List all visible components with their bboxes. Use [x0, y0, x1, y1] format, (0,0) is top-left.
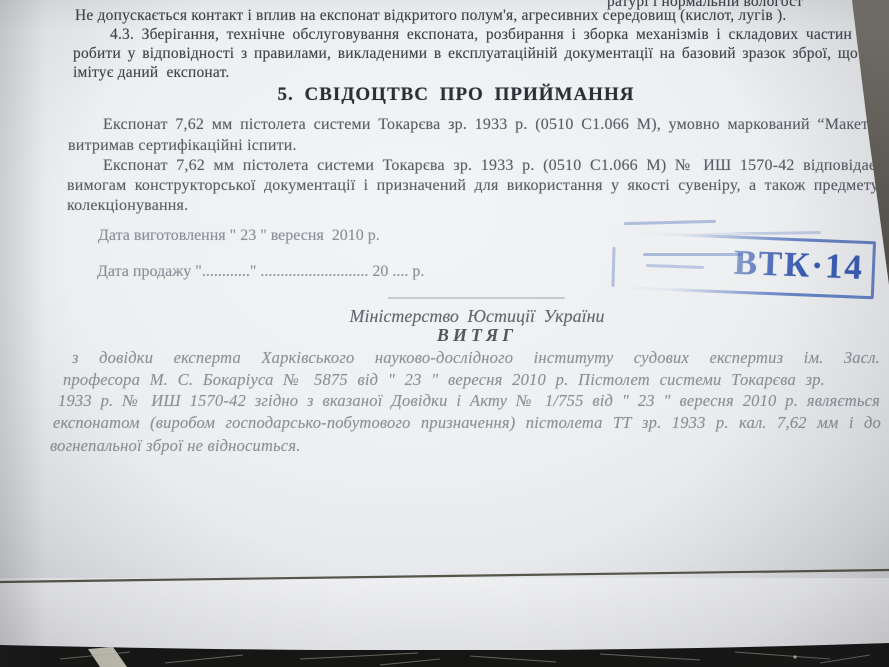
sheet-edge-line	[0, 570, 889, 582]
extract-line: 1933 р. № ИШ 1570-42 згідно з вказаної Д…	[58, 391, 880, 411]
certificate-line: Експонат 7,62 мм пістолета системи Токар…	[103, 116, 880, 134]
surface-speck	[793, 655, 796, 658]
certificate-line: колекціонування.	[67, 197, 188, 215]
paper-edges-and-background	[0, 555, 889, 667]
certificate-line: Експонат 7,62 мм пістолета системи Токар…	[103, 157, 876, 175]
clause-line: імітує даний експонат.	[73, 64, 229, 82]
clause-line: робити у відповідності з правилами, викл…	[73, 45, 858, 63]
section-heading: 5. СВІДОЦТВС ПРО ПРИЙМАННЯ	[66, 84, 846, 106]
date-of-manufacture: Дата виготовлення " 23 " вересня 2010 р.	[98, 227, 380, 245]
extract-line: професора М. С. Бокаріуса № 5875 від " 2…	[63, 370, 825, 390]
date-of-sale: Дата продажу "............" ............…	[97, 263, 424, 281]
extract-line: експонатом (виробом господарсько-побутов…	[53, 413, 881, 433]
dark-surface	[0, 643, 889, 667]
certificate-line: витримав сертифікаційні іспити.	[68, 137, 297, 155]
separator-line	[388, 297, 565, 299]
extract-line: вогнепальної зброї не відноситься.	[50, 436, 301, 456]
extract-line: з довідки експерта Харківського науково-…	[72, 348, 880, 368]
certificate-line: вимогам конструкторської документації і …	[67, 177, 879, 195]
extract-title: ВИТЯГ	[66, 325, 888, 346]
ministry-heading: Міністерство Юстиції України	[66, 306, 888, 327]
clause-line: Не допускається контакт і вплив на експо…	[75, 7, 805, 25]
clause-line: 4.3. Зберігання, технічне обслуговування…	[110, 26, 852, 44]
